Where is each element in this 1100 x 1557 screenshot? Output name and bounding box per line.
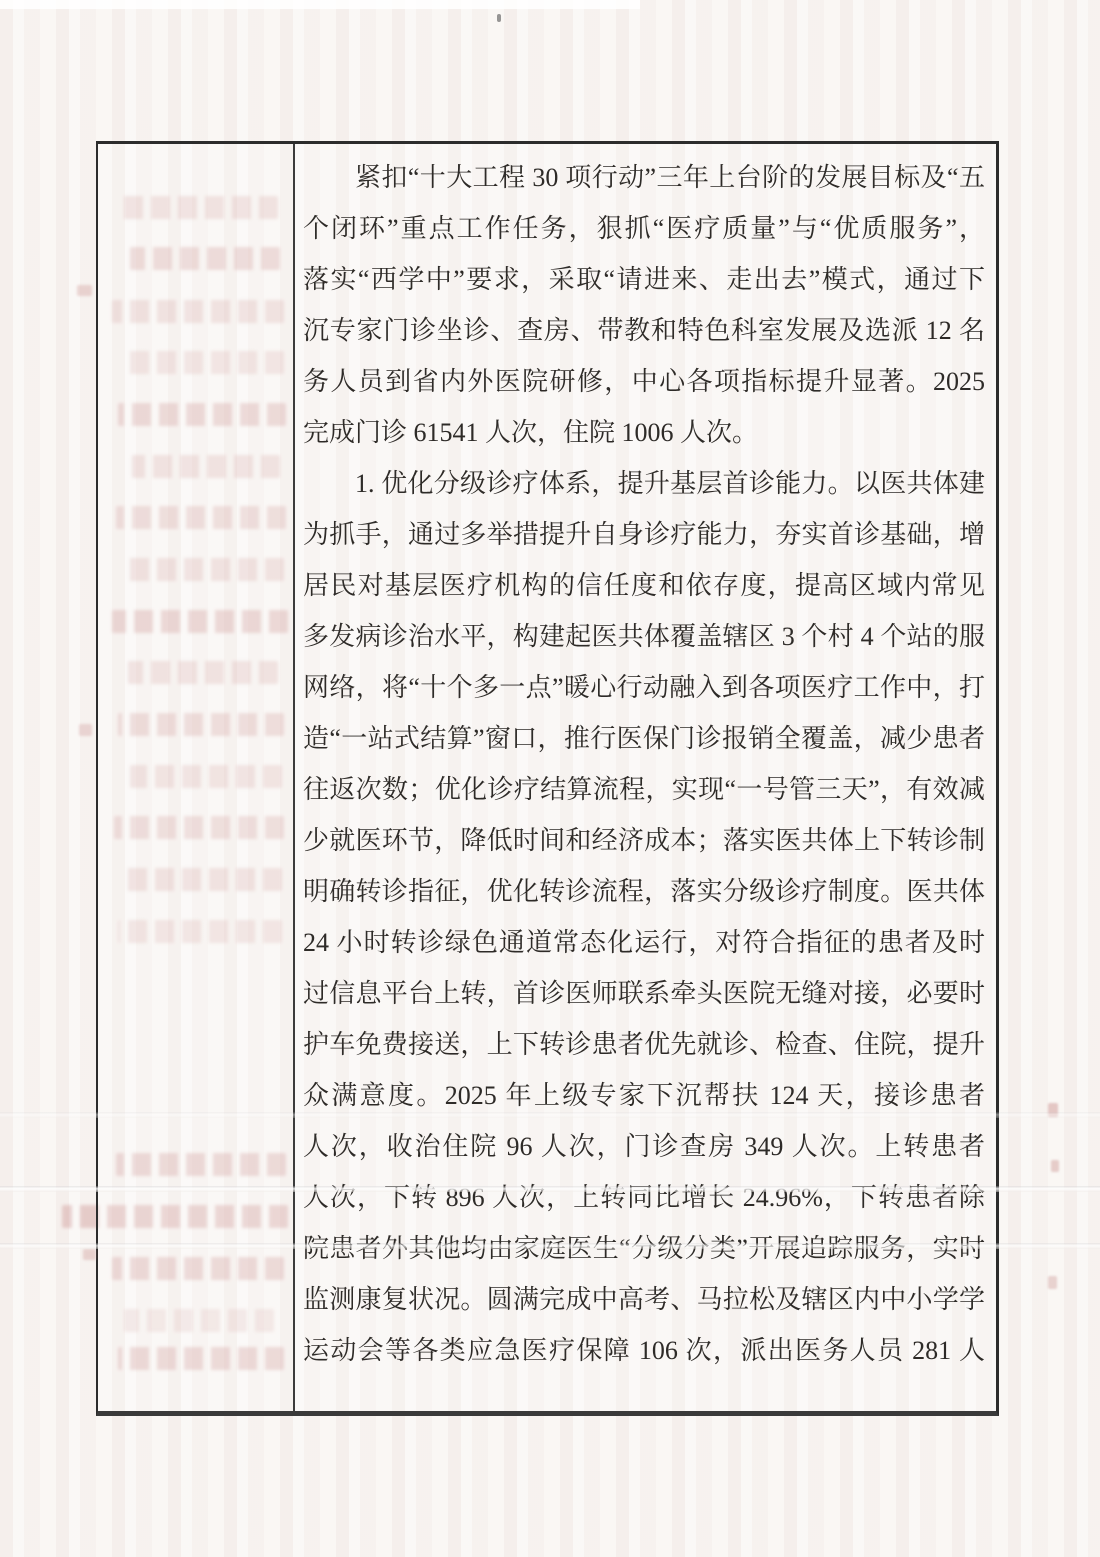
text-line: 护车免费接送，上下转诊患者优先就诊、检查、住院，提升群 xyxy=(303,1019,985,1070)
text-line: 沉专家门诊坐诊、查房、带教和特色科室发展及选派 12 名医 xyxy=(303,305,985,356)
text-line: 紧扣“十大工程 30 项行动”三年上台阶的发展目标及“五 xyxy=(303,152,985,203)
bleedthrough-mark xyxy=(1051,1160,1059,1172)
text-line: 往返次数；优化诊疗结算流程，实现“一号管三天”，有效减 xyxy=(303,764,985,815)
text-line: 落实“西学中”要求，采取“请进来、走出去”模式，通过下 xyxy=(303,254,985,305)
text-line: 人次，下转 896 人次，上转同比增长 24.96%，下转患者除住 xyxy=(303,1172,985,1223)
bleedthrough-mark xyxy=(1048,1276,1057,1289)
text-line: 多发病诊治水平，构建起医共体覆盖辖区 3 个村 4 个站的服务 xyxy=(303,611,985,662)
text-line: 居民对基层医疗机构的信任度和依存度，提高区域内常见病、 xyxy=(303,560,985,611)
text-line: 为抓手，通过多举措提升自身诊疗能力，夯实首诊基础，增强 xyxy=(303,509,985,560)
bleedthrough-mark xyxy=(77,285,92,296)
report-table: 紧扣“十大工程 30 项行动”三年上台阶的发展目标及“五个闭环”重点工作任务，狠… xyxy=(96,141,999,1416)
text-line: 1. 优化分级诊疗体系，提升基层首诊能力。以医共体建设 xyxy=(303,458,985,509)
text-line: 过信息平台上转，首诊医师联系牵头医院无缝对接，必要时救 xyxy=(303,968,985,1019)
text-line: 院患者外其他均由家庭医生“分级分类”开展追踪服务，实时 xyxy=(303,1223,985,1274)
bleedthrough-mark xyxy=(83,1249,96,1260)
bleedthrough-mark xyxy=(1048,1103,1058,1117)
text-line: 个闭环”重点工作任务，狠抓“医疗质量”与“优质服务”， xyxy=(303,203,985,254)
text-line: 少就医环节，降低时间和经济成本；落实医共体上下转诊制度， xyxy=(303,815,985,866)
text-line: 24 小时转诊绿色通道常态化运行，对符合指征的患者及时通 xyxy=(303,917,985,968)
table-left-column xyxy=(98,144,295,1411)
scan-speck xyxy=(497,14,501,22)
text-line: 完成门诊 61541 人次，住院 1006 人次。 xyxy=(303,407,985,458)
text-line: 务人员到省内外医院研修，中心各项指标提升显著。2025 年 xyxy=(303,356,985,407)
text-line: 网络，将“十个多一点”暖心行动融入到各项医疗工作中，打 xyxy=(303,662,985,713)
scan-edge-strip xyxy=(0,0,640,9)
report-text: 紧扣“十大工程 30 项行动”三年上台阶的发展目标及“五个闭环”重点工作任务，狠… xyxy=(303,152,985,1376)
bleedthrough-mark xyxy=(79,724,92,736)
text-line: 监测康复状况。圆满完成中高考、马拉松及辖区内中小学学生 xyxy=(303,1274,985,1325)
text-line: 造“一站式结算”窗口，推行医保门诊报销全覆盖，减少患者 xyxy=(303,713,985,764)
table-content-column: 紧扣“十大工程 30 项行动”三年上台阶的发展目标及“五个闭环”重点工作任务，狠… xyxy=(295,144,996,1411)
text-line: 人次，收治住院 96 人次，门诊查房 349 人次。上转患者 751 xyxy=(303,1121,985,1172)
text-line: 众满意度。2025 年上级专家下沉帮扶 124 天，接诊患者 1856 xyxy=(303,1070,985,1121)
scanned-page: 紧扣“十大工程 30 项行动”三年上台阶的发展目标及“五个闭环”重点工作任务，狠… xyxy=(0,0,1100,1557)
text-line: 明确转诊指征，优化转诊流程，落实分级诊疗制度。医共体 xyxy=(303,866,985,917)
text-line: 运动会等各类应急医疗保障 106 次，派出医务人员 281 人次。 xyxy=(303,1325,985,1376)
